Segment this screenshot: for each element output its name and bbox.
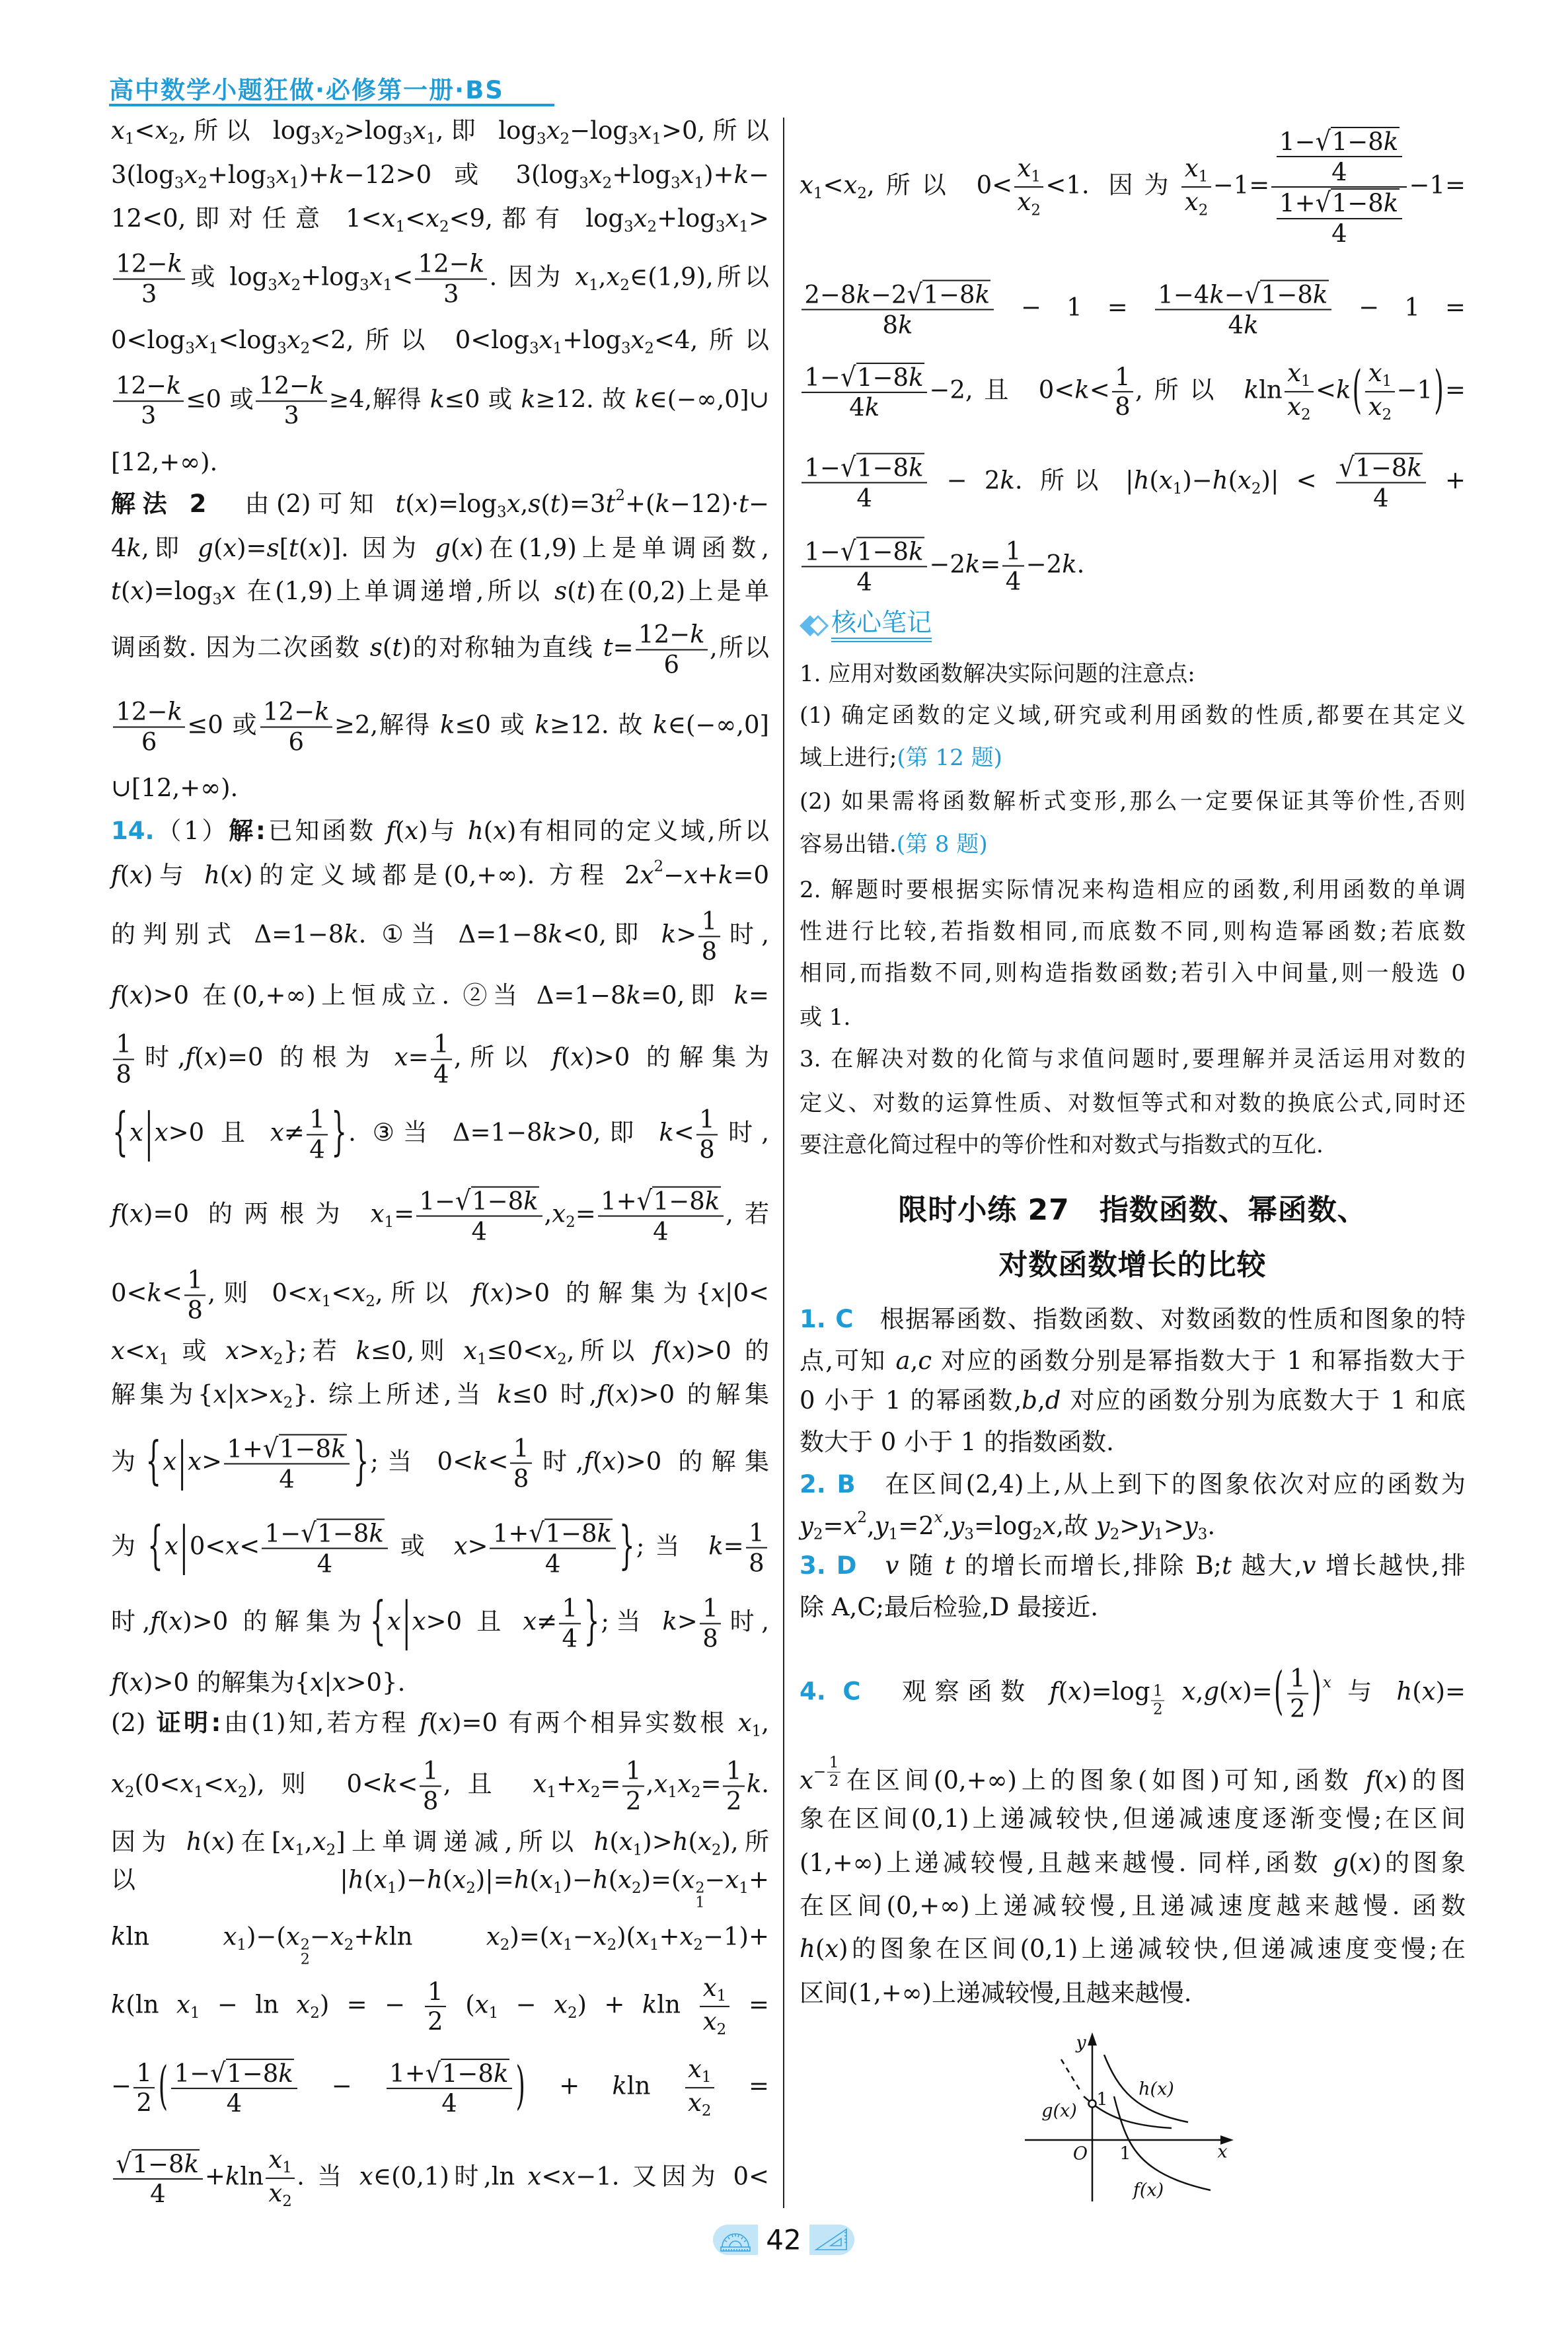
subscript: 1 [1199,168,1209,185]
math-variable: x [1018,188,1031,216]
subscript: 1 [1173,480,1183,498]
fraction-numerator: 1−√1−8k [1277,127,1402,157]
fraction-denominator: 4 [1002,567,1024,595]
math-fraction: 2−8k−2√1−8k8k [802,280,994,339]
question-number-label: 4. C [800,1678,861,1706]
text-run: −2k= [929,550,1000,579]
math-variable: x [1185,154,1199,182]
note-line: 或 1. [800,1004,1466,1032]
text-run: =x [823,1512,858,1540]
answer-line: 在区间(0,+∞)上递减较慢,且递减速度越来越慢. 函数 [800,1891,1466,1921]
math-variable: k [1244,311,1258,339]
text-run: + [1428,466,1466,495]
text-run: 1 [1382,373,1392,390]
fraction-denominator: 8 [1112,392,1133,421]
text-run: 1−8k [1332,128,1399,156]
subscript: 12 [1150,1691,1166,1709]
text-run: 1−8k [924,280,990,309]
text-run: 1 [1154,1526,1164,1543]
core-notes-title: 核心笔记 [831,609,932,642]
math-variable: c [918,1347,932,1375]
y-tick-label: 1 [1096,2090,1107,2110]
text-run: = [1445,376,1466,404]
square-root: √1−8k [840,363,924,391]
text-run: (1,+∞)上递减较慢,且越来越慢. 同样,函数 g(x)的图象 [800,1849,1466,1877]
radicand: 1−8k [1331,188,1399,217]
square-root: √1−8k [1245,280,1329,309]
math-variable: k [898,311,913,339]
subscript: 1 [889,1526,899,1543]
question-number-label: 2. B [800,1470,856,1498]
text-run: 4 [1331,219,1347,248]
math-fraction: √1−8k4 [1336,453,1426,512]
footer-left-badge [713,2225,758,2255]
radical-sign-icon: √ [1316,126,1331,157]
math-variable: k [865,393,879,422]
text-run: h(x)的图象在区间(0,1)上递减较快,但递减速度变慢;在 [800,1935,1466,1963]
radicand: 1−8k [1331,127,1399,155]
math-variable: b [1022,1386,1037,1415]
answer-line: 3. D v 随 t 的增长而增长,排除 B;t 越大,v 增长越快,排 [800,1551,1466,1581]
text-run: x [1323,1674,1331,1691]
fraction-denominator: 2 [1287,1694,1308,1722]
radical-sign-icon: √ [840,452,856,482]
text-run: 点,可知 a,c 对应的函数分别是幂指数大于 1 和幂指数大于 [800,1347,1466,1375]
note-line: 定义、对数的运算性质、对数恒等式和对数的换底公式,同时还 [800,1089,1466,1118]
text-run: ,所以 kln [1135,376,1283,404]
text-run: 1 [1173,480,1183,498]
subscript: 2 [1031,202,1041,219]
math-variable: x [1238,466,1251,495]
math-variable: y [1140,1512,1154,1540]
math-variable: g [1333,1849,1349,1877]
question-reference: (第 8 题) [897,831,988,858]
text-line: 2−8k−2√1−8k8k − 1 = 1−4k−√1−8k4k − 1 = [800,280,1466,339]
radicand: 1−8k [922,280,990,309]
math-fraction: 1−√1−8k4k [802,363,927,422]
fraction-denominator: 4 [1336,484,1426,512]
answer-line: y2=x2,y1=2x,y3=log2x,故 y2>y1>y3. [800,1508,1466,1544]
radicand: 1−8k [1260,280,1328,309]
text-run: −2,且 0<k< [929,376,1109,404]
math-variable: t [1222,1551,1232,1580]
text-run: y [800,1512,813,1540]
math-variable: x [1384,1766,1398,1794]
fraction-numerator: 1−√1−8k [802,453,927,484]
text-run: −1= [1213,171,1270,200]
math-variable: x [1323,1674,1331,1691]
big-delimiter: ) [1434,358,1443,422]
text-run: 2−8k−2 [804,280,907,309]
text-run: x [1018,154,1031,182]
answer-line: (1,+∞)上递减较慢,且越来越慢. 同样,函数 g(x)的图象 [800,1848,1466,1878]
text-run: 1− [804,453,840,482]
math-variable: x [1068,1678,1082,1706]
text-run: 除 A,C;最后检验,D 最接近. [800,1593,1098,1621]
square-root: √1−8k [907,280,990,309]
text-run: ,所以 0< [867,171,1012,200]
math-variable: x [844,1512,858,1540]
superscript: x [1323,1674,1331,1691]
text-run: 3 [1198,1526,1208,1543]
math-variable: x [800,1766,813,1794]
radical-sign-icon: √ [840,361,856,392]
math-variable: y [1096,1512,1110,1540]
text-run: 1−8k [857,537,924,566]
math-variable: v [1302,1551,1316,1580]
diamond-icon [798,612,830,639]
math-variable: k [1074,376,1089,404]
textbook-page: 高中数学小题狂做·必修第一册·BS x1<x2,所以 log3x2>log3x1… [0,0,1568,2325]
math-fraction: 1−√1−8k4 [1277,127,1402,186]
answer-line: 点,可知 a,c 对应的函数分别是幂指数大于 1 和幂指数大于 [800,1346,1466,1376]
math-variable: x [1159,466,1173,495]
math-variable: k [1336,376,1351,404]
text-run: >y [1164,1512,1198,1540]
big-delimiter: ( [1353,358,1362,422]
math-variable: h [800,1935,815,1963]
text-run: 性进行比较,若指数相同,而底数不同,则构造幂函数;若底数 [800,918,1466,945]
math-variable: x [1287,359,1301,387]
text-run: 2 [1031,202,1041,219]
text-run: 1 [829,1754,839,1771]
text-run: 2 [1110,1526,1120,1543]
text-run: 1−8k [857,363,924,391]
f-curve-label: f(x) [1132,2180,1164,2201]
math-variable: h [1134,466,1150,495]
square-root: √1−8k [1339,453,1423,482]
text-run: x,故 y [1042,1512,1109,1540]
text-run: 2 [857,185,867,202]
footer-right-badge [809,2225,854,2255]
question-reference: (第 12 题) [897,745,1002,771]
fraction-numerator: 1 [827,1755,840,1773]
math-variable: x [1368,392,1382,421]
math-variable: x [1185,188,1199,216]
note-line: 域上进行;(第 12 题) [800,744,1466,772]
text-run: 1− [804,537,840,566]
math-variable: x [934,1509,943,1526]
math-fraction: x1x2 [1181,155,1211,219]
math-variable: x [1228,1678,1242,1706]
text-run: 1 [1153,1682,1163,1699]
answer-line: 区间(1,+∞)上递减较慢,且越来越慢. [800,1978,1466,2009]
text-run: 2 [1153,1701,1163,1718]
text-run: 4 [856,568,872,596]
text-run: 定义、对数的运算性质、对数恒等式和对数的换底公式,同时还 [800,1090,1466,1117]
math-variable: k [909,537,923,566]
text-run: =2 [898,1512,934,1540]
text-run: . [1207,1512,1215,1540]
note-line: (1) 确定函数的定义域,研究或利用函数的性质,都要在其定义 [800,702,1466,730]
text-run: − 1 = [996,293,1153,322]
text-run: =log [974,1512,1033,1540]
fraction-denominator: x2 [1365,392,1394,424]
subscript: 1 [1154,1526,1164,1543]
square-root: √1−8k [1316,128,1400,156]
math-fraction: 12 [1287,1664,1308,1722]
fraction-denominator: x2 [1014,188,1043,219]
answer-line: x−12在区间(0,+∞)上的图象(如图)可知,函数 f(x)的图 [800,1755,1466,1796]
fraction-denominator: 4 [802,484,927,512]
text-line: 1−√1−8k4k−2,且 0<k<18,所以 klnx1x2<k(x1x2−1… [800,359,1466,424]
subscript: 2 [1033,1526,1043,1543]
radicand: 1−8k [856,363,924,391]
text-run: 或 1. [800,1004,850,1031]
text-run: 观察函数 f(x)=log [861,1678,1150,1706]
text-run: 1 [889,1526,899,1543]
protractor-icon [713,2225,758,2255]
fraction-denominator: 1+√1−8k4 [1271,188,1407,247]
text-run: 象在区间(0,1)上递减较快,但递减速度逐渐变慢;在区间 [800,1804,1466,1833]
text-run: 在区间(0,+∞)上的图象(如图)可知,函数 f(x)的图 [842,1766,1466,1794]
fraction-denominator: 8k [802,311,994,339]
math-variable: k [909,363,923,391]
math-variable: k [1062,550,1076,579]
subscript: 2 [1110,1526,1120,1543]
superscript: x [934,1509,943,1526]
function-graph: y h(x) 1 g(x) O 1 x f(x) [1018,2028,1242,2207]
text-run: 2 [1251,480,1261,498]
answer-line: 1. C 根据幂函数、指数函数、对数函数的性质和图象的特 [800,1304,1466,1335]
text-run: 1 [1031,168,1041,185]
math-variable: x [1042,1512,1056,1540]
subscript: 2 [1301,406,1311,424]
text-run: 4k [849,393,879,422]
radicand: 1−8k [1355,453,1423,482]
radical-sign-icon: √ [1245,279,1261,309]
text-run: ,y [943,1512,965,1540]
math-variable: y [1184,1512,1198,1540]
text-run: 1−8k [857,453,924,482]
square-root: √1−8k [840,537,924,566]
text-run: 1 [1115,362,1131,390]
text-run: )−h(x [1182,466,1251,495]
fraction-numerator: 1−√1−8k4 [1271,127,1407,188]
fraction-numerator: 1−4k−√1−8k [1155,280,1331,311]
text-run: (2) 如果需将函数解析式变形,那么一定要保证其等价性,否则 [800,788,1466,815]
math-fraction: 18 [1112,363,1133,420]
math-variable: f [1366,1766,1375,1794]
text-run: x,g(x)= [1166,1678,1273,1706]
text-run: >y [1119,1512,1154,1540]
big-delimiter: ) [1312,1660,1321,1724]
math-fraction: 1−√1−8k4 [802,537,927,596]
math-variable: k [856,280,870,309]
subscript: 3 [964,1526,974,1543]
math-variable: v [885,1551,899,1580]
text-run: 要注意化简过程中的等价性和对数式与指数式的互化. [800,1132,1324,1158]
h-curve-label: h(x) [1139,2079,1174,2100]
text-run: 8 [1115,392,1131,421]
math-fraction: 1−4k−√1−8k4k [1155,280,1331,339]
note-line: 性进行比较,若指数相同,而底数不同,则构造幂函数;若底数 [800,918,1466,946]
text-run: 在区间(2,4)上,从上到下的图象依次对应的函数为 [856,1470,1466,1498]
note-line: 容易出错.(第 8 题) [800,830,1466,859]
text-run: 相同,而指数不同,则构造指数函数;若引入中间量,则一般选 0 [800,960,1466,986]
math-variable: x [1287,392,1301,421]
text-run: <x [823,171,857,200]
text-run: − 1 = [1333,293,1466,322]
text-run: −1= [1409,171,1466,200]
text-run: 4 [1331,157,1347,186]
subscript: 2 [1382,406,1392,424]
fraction-numerator: 1 [1287,1664,1308,1694]
text-run: x [1368,392,1382,421]
math-fraction: 1−√1−8k4 [802,453,927,512]
radical-sign-icon: √ [1339,452,1355,482]
math-variable: y [951,1512,965,1540]
fraction-numerator: 2−8k−2√1−8k [802,280,994,311]
fraction-numerator: x1 [1014,155,1043,188]
y-axis-arrow-icon [1088,2032,1097,2046]
subscript: 2 [857,185,867,202]
math-variable: f [1049,1678,1059,1706]
fraction-denominator: 4 [1277,219,1402,248]
text-run: 2 [1033,1526,1043,1543]
math-fraction: x1x2 [1365,359,1394,424]
x-axis-label: x [1217,2142,1227,2162]
text-run: 1−8k [1261,280,1328,309]
text-run: x [1018,188,1031,216]
math-variable: x [1358,1849,1372,1877]
note-line: 3. 在解决对数的化简与求值问题时,要理解并灵活运用对数的 [800,1045,1466,1074]
fraction-denominator: x2 [1181,188,1211,219]
text-run: − [813,1763,826,1781]
fraction-numerator: √1−8k [1336,453,1426,484]
text-run: 3 [964,1526,974,1543]
text-run: 1 [1006,536,1022,565]
subscript: 2 [813,1526,823,1543]
math-variable: k [975,280,990,309]
text-run: 数大于 0 小于 1 的指数函数. [800,1428,1114,1456]
text-run: 1 [1301,373,1311,390]
text-run: 4 [1373,484,1389,512]
math-variable: a [896,1347,911,1375]
note-line: 相同,而指数不同,则构造指数函数;若引入中间量,则一般选 0 [800,959,1466,988]
text-run: − 2k. 所以 |h(x [929,466,1172,495]
math-variable: x [1368,359,1382,387]
superscript: 2 [857,1509,867,1526]
math-variable: k [1384,128,1398,156]
subscript: 1 [1031,168,1041,185]
text-run: 2 [1290,1694,1306,1722]
radical-sign-icon: √ [1316,188,1331,218]
subscript: 2 [1251,480,1261,498]
fraction-numerator: 1 [1151,1683,1164,1701]
fraction-denominator: 4k [1155,311,1331,339]
math-variable: y [800,1512,813,1540]
big-delimiter: ( [1274,1660,1283,1724]
text-run: 4 [856,484,872,512]
subscript: 1 [1301,373,1311,390]
math-variable: x [800,171,813,200]
fraction-denominator: 4k [802,393,927,422]
text-run: 区间(1,+∞)上递减较慢,且越来越慢. [800,1979,1192,2007]
text-run: 3. 在解决对数的化简与求值问题时,要理解并灵活运用对数的 [800,1046,1466,1072]
fraction-denominator: 4 [802,568,927,596]
text-run: 1+ [1279,189,1316,217]
text-run: 2 [1382,406,1392,424]
math-variable: y [875,1512,889,1540]
math-fraction: 12 [1151,1683,1164,1718]
answer-line: 0 小于 1 的幂函数,b,d 对应的函数分别为底数大于 1 和底 [800,1385,1466,1416]
text-run: −1 [1397,376,1433,404]
math-fraction: 1+√1−8k4 [1277,188,1402,247]
core-notes-heading: 核心笔记 [798,609,932,642]
text-run: 1. 应用对数函数解决实际问题的注意点: [800,661,1195,687]
text-run: x [800,171,813,200]
text-run: 1−8k [1332,189,1399,217]
text-run: 4k [1228,311,1259,339]
x-tick-label: 1 [1119,2144,1131,2164]
set-square-icon [809,2225,854,2255]
fraction-numerator: 1+√1−8k [1277,188,1402,219]
text-run: 1 [1199,168,1209,185]
text-run: ,y [867,1512,889,1540]
math-variable: h [1213,466,1228,495]
text-run: 2 [857,1509,867,1526]
radicand: 1−8k [856,537,924,566]
math-variable: h [1396,1678,1412,1706]
fraction-denominator: 2 [827,1773,840,1790]
fraction-denominator: x2 [1285,392,1314,424]
text-run: 8k [882,311,913,339]
fraction-numerator: x1 [1181,155,1211,188]
text-run: 域上进行; [800,745,897,771]
text-line: 1−√1−8k4−2k=14−2k. [800,537,1466,596]
note-line: 1. 应用对数函数解决实际问题的注意点: [800,660,1466,688]
text-run: x [1287,359,1301,387]
curve-g-dashed [1061,2059,1082,2093]
text-run: v 随 t 的增长而增长,排除 B;t 越大,v 增长越快,排 [856,1551,1466,1580]
text-run: 1−4k− [1158,280,1245,309]
text-run: x [1287,392,1301,421]
text-run: 2 [813,1526,823,1543]
superscript: −12 [813,1763,842,1781]
math-variable: t [945,1551,955,1580]
math-fraction: x1x2 [1014,155,1043,219]
math-variable: k [965,550,980,579]
radical-sign-icon: √ [840,536,856,566]
question-number-label: 1. C [800,1305,853,1333]
text-run: x [1185,188,1199,216]
math-variable: k [1313,280,1327,309]
answer-line: h(x)的图象在区间(0,1)上递减较快,但递减速度变慢;在 [800,1934,1466,1964]
page-number: 42 [757,2224,810,2256]
square-root: √1−8k [840,453,924,482]
text-run: <1. 因为 [1045,171,1179,200]
text-run: 1 [1290,1664,1306,1692]
open-point [1089,2100,1096,2108]
note-line: 2. 解题时要根据实际情况来构造相应的函数,利用函数的单调 [800,876,1466,904]
text-run: 1−8k [1355,453,1422,482]
text-run: )| < [1261,466,1334,495]
answer-line: 2. B 在区间(2,4)上,从上到下的图象依次对应的函数为 [800,1469,1466,1500]
subscript: 3 [1198,1526,1208,1543]
math-variable: k [1407,453,1421,482]
math-variable: k [1384,189,1398,217]
text-run: x [1368,359,1382,387]
math-variable: x [1422,1678,1436,1706]
text-run: 与 h(x)= [1331,1678,1466,1706]
answer-line: 数大于 0 小于 1 的指数函数. [800,1427,1466,1458]
text-run: 1− [804,363,840,391]
math-variable: k [909,453,923,482]
fraction-numerator: 1−√1−8k [802,537,927,568]
g-curve-label: g(x) [1041,2101,1077,2122]
square-root: √1−8k [1316,189,1400,217]
